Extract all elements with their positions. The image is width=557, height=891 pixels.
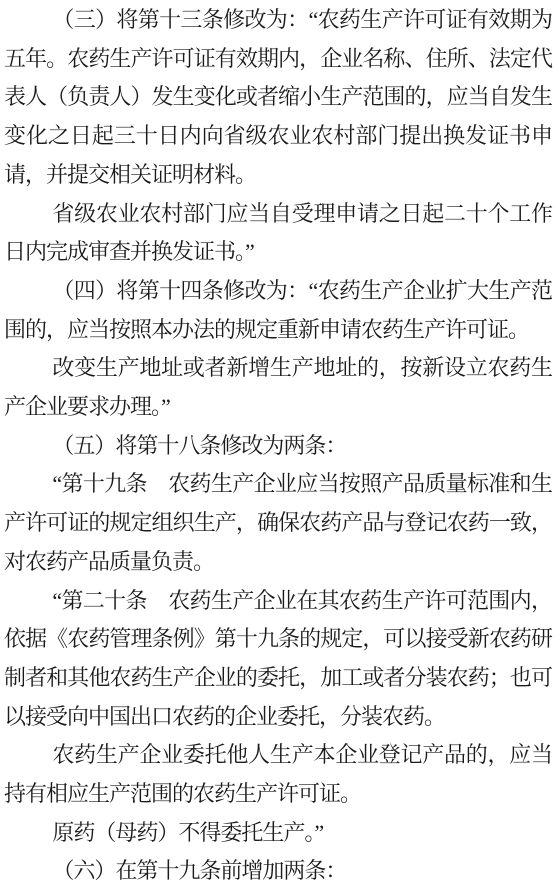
- document-paragraph-article-20-cont: 农药生产企业委托他人生产本企业登记产品的，应当持有相应生产范围的农药生产许可证。: [4, 736, 552, 813]
- document-paragraph-clause-3: （三）将第十三条修改为：“农药生产许可证有效期为五年。农药生产许可证有效期内，企…: [4, 1, 552, 195]
- document-paragraph-clause-6: （六）在第十九条前增加两条：: [4, 852, 552, 891]
- document-paragraph-clause-5: （五）将第十八条修改为两条：: [4, 427, 552, 466]
- document-paragraph-article-20-end: 原药（母药）不得委托生产。”: [4, 814, 552, 853]
- document-paragraph-article-20: “第二十条 农药生产企业在其农药生产许可范围内，依据《农药管理条例》第十九条的规…: [4, 582, 552, 737]
- document-paragraph-clause-4: （四）将第十四条修改为：“农药生产企业扩大生产范围的，应当按照本办法的规定重新申…: [4, 272, 552, 349]
- document-paragraph-clause-4-cont: 改变生产地址或者新增生产地址的，按新设立农药生产企业要求办理。”: [4, 349, 552, 426]
- document-paragraph-article-19: “第十九条 农药生产企业应当按照产品质量标准和生产许可证的规定组织生产，确保农药…: [4, 465, 552, 581]
- document-paragraph-clause-3-cont: 省级农业农村部门应当自受理申请之日起二十个工作日内完成审查并换发证书。”: [4, 195, 552, 272]
- document-page: （三）将第十三条修改为：“农药生产许可证有效期为五年。农药生产许可证有效期内，企…: [0, 0, 557, 891]
